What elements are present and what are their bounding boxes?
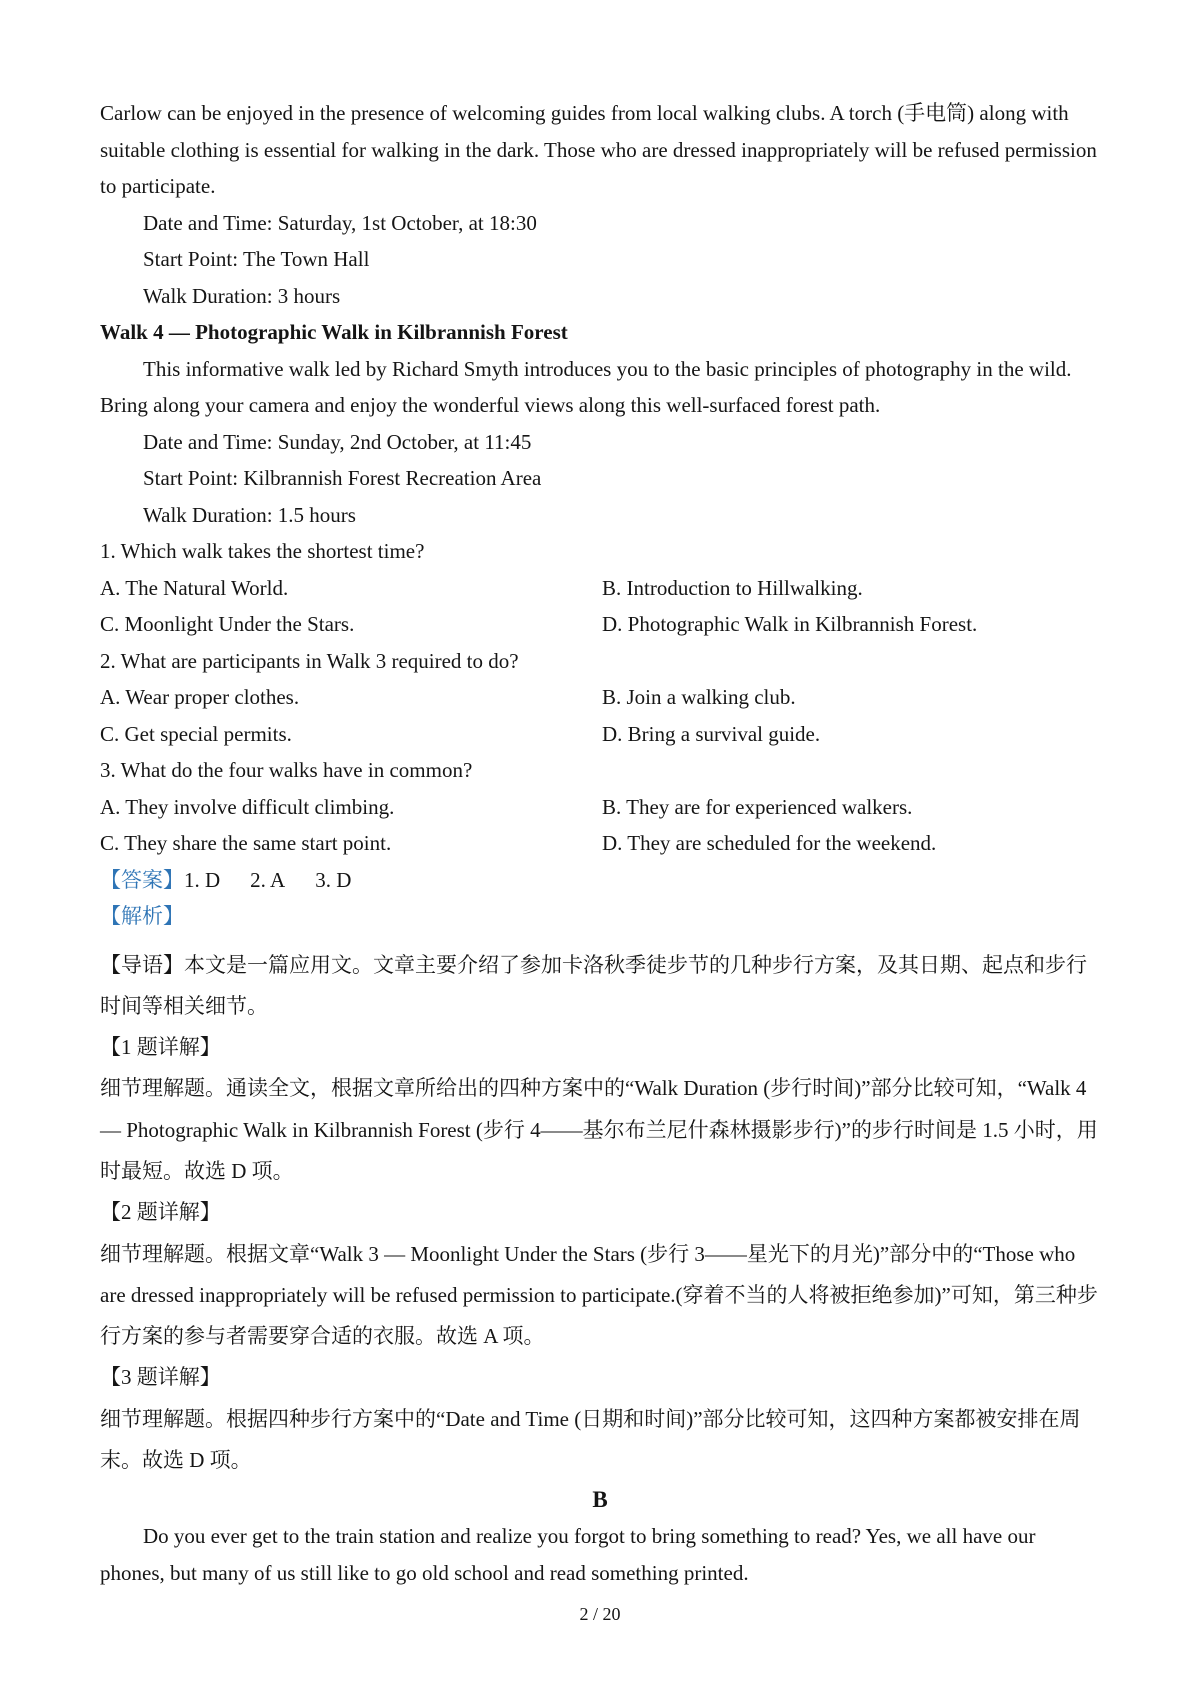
question-3-option-d: D. They are scheduled for the weekend.: [602, 825, 1100, 862]
lead-in-tag: 【导语】: [100, 953, 184, 977]
walk4-duration-line: Walk Duration: 1.5 hours: [100, 497, 1100, 534]
question-2-options-row-1: A. Wear proper clothes. B. Join a walkin…: [100, 679, 1100, 716]
answer-2: 2. A: [250, 862, 285, 899]
q3-analysis-text: 细节理解题。根据四种步行方案中的“Date and Time (日期和时间)”部…: [100, 1399, 1100, 1482]
passage-b-paragraph: Do you ever get to the train station and…: [100, 1518, 1100, 1591]
question-2-option-c: C. Get special permits.: [100, 716, 602, 753]
question-1-options-row-1: A. The Natural World. B. Introduction to…: [100, 570, 1100, 607]
walk4-heading: Walk 4 — Photographic Walk in Kilbrannis…: [100, 314, 1100, 351]
section-b-heading: B: [100, 1481, 1100, 1518]
q1-analysis-text: 细节理解题。通读全文，根据文章所给出的四种方案中的“Walk Duration …: [100, 1068, 1100, 1192]
walk3-duration-line: Walk Duration: 3 hours: [100, 278, 1100, 315]
question-3-stem: 3. What do the four walks have in common…: [100, 752, 1100, 789]
q2-analysis-text: 细节理解题。根据文章“Walk 3 — Moonlight Under the …: [100, 1234, 1100, 1358]
page-number: 2 / 20: [0, 1603, 1200, 1625]
document-page: { "colors": { "accent_blue": "#2e74b5" }…: [0, 0, 1200, 1697]
question-3-options-row-1: A. They involve difficult climbing. B. T…: [100, 789, 1100, 826]
question-2-option-d: D. Bring a survival guide.: [602, 716, 1100, 753]
answer-3: 3. D: [315, 862, 351, 899]
q2-analysis-tag: 【2 题详解】: [100, 1192, 1100, 1233]
question-1-option-b: B. Introduction to Hillwalking.: [602, 570, 1100, 607]
intro-paragraph: Carlow can be enjoyed in the presence of…: [100, 95, 1100, 205]
question-1-stem: 1. Which walk takes the shortest time?: [100, 533, 1100, 570]
question-3-options-row-2: C. They share the same start point. D. T…: [100, 825, 1100, 862]
lead-in-text: 本文是一篇应用文。文章主要介绍了参加卡洛秋季徒步节的几种步行方案，及其日期、起点…: [100, 953, 1087, 1018]
question-3-option-b: B. They are for experienced walkers.: [602, 789, 1100, 826]
analysis-label-line: 【解析】: [100, 898, 1100, 935]
question-1-option-a: A. The Natural World.: [100, 570, 602, 607]
question-2-stem: 2. What are participants in Walk 3 requi…: [100, 643, 1100, 680]
lead-in-paragraph: 【导语】本文是一篇应用文。文章主要介绍了参加卡洛秋季徒步节的几种步行方案，及其日…: [100, 945, 1100, 1028]
q3-analysis-tag: 【3 题详解】: [100, 1357, 1100, 1398]
question-2-options-row-2: C. Get special permits. D. Bring a survi…: [100, 716, 1100, 753]
walk3-date-line: Date and Time: Saturday, 1st October, at…: [100, 205, 1100, 242]
question-2-option-a: A. Wear proper clothes.: [100, 679, 602, 716]
document-content: Carlow can be enjoyed in the presence of…: [100, 95, 1100, 1591]
q1-analysis-tag: 【1 题详解】: [100, 1027, 1100, 1068]
walk4-description: This informative walk led by Richard Smy…: [100, 351, 1100, 424]
question-3-option-a: A. They involve difficult climbing.: [100, 789, 602, 826]
question-2-option-b: B. Join a walking club.: [602, 679, 1100, 716]
answers-line: 【答案】1. D2. A3. D: [100, 862, 1100, 899]
walk4-date-line: Date and Time: Sunday, 2nd October, at 1…: [100, 424, 1100, 461]
question-1-option-d: D. Photographic Walk in Kilbrannish Fore…: [602, 606, 1100, 643]
question-1-options-row-2: C. Moonlight Under the Stars. D. Photogr…: [100, 606, 1100, 643]
question-3-option-c: C. They share the same start point.: [100, 825, 602, 862]
answers-label: 【答案】: [100, 868, 184, 892]
walk4-start-line: Start Point: Kilbrannish Forest Recreati…: [100, 460, 1100, 497]
walk3-start-line: Start Point: The Town Hall: [100, 241, 1100, 278]
analysis-label: 【解析】: [100, 904, 184, 928]
question-1-option-c: C. Moonlight Under the Stars.: [100, 606, 602, 643]
analysis-section: 【导语】本文是一篇应用文。文章主要介绍了参加卡洛秋季徒步节的几种步行方案，及其日…: [100, 945, 1100, 1482]
answer-1: 1. D: [184, 862, 220, 899]
